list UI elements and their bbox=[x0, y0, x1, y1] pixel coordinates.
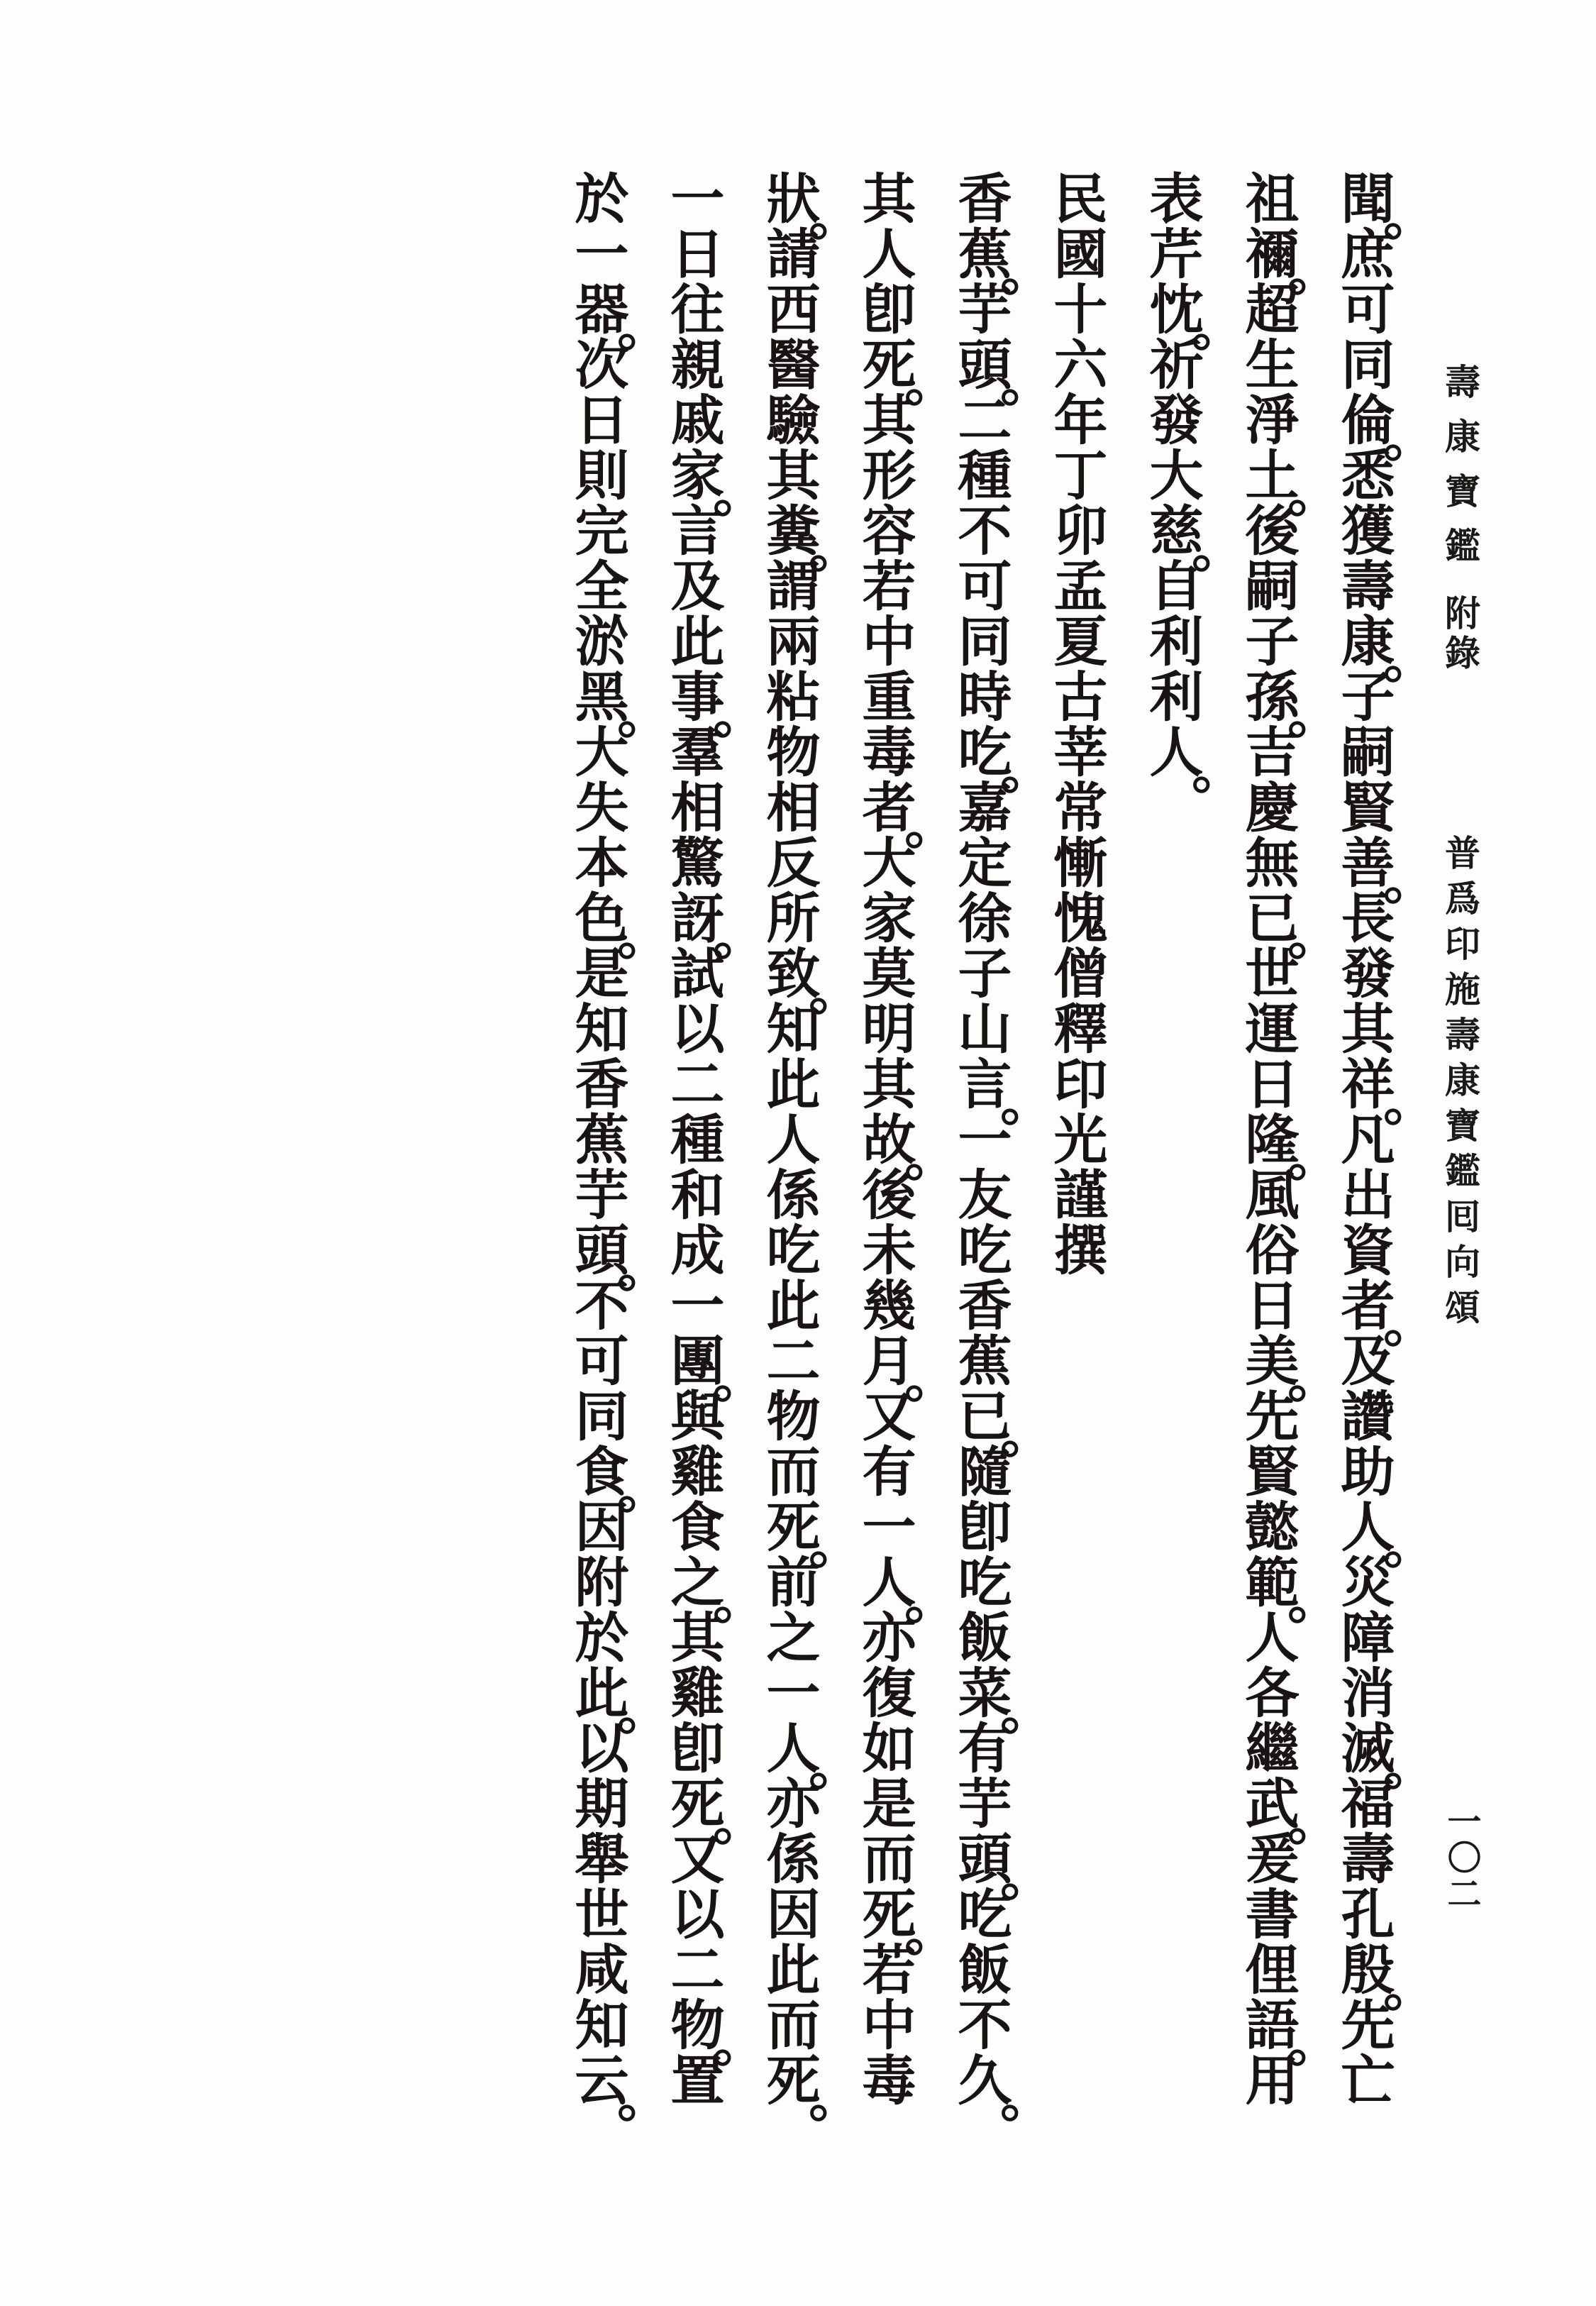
book-title: 壽康寶鑑 bbox=[1439, 363, 1481, 582]
text-column-7: 狀。請西醫驗其糞。謂兩粘物相反所致。知此人係吃此二物而死。前之一人。亦係因此而死… bbox=[741, 170, 837, 2143]
text-column-3: 表芹忱。祈發大慈。自利利人。 bbox=[1124, 170, 1220, 2143]
text-column-9: 於一器。次日則完全淤黑。大失本色。是知香蕉芋頭。不可同食。因附於此。以期舉世咸知… bbox=[550, 170, 645, 2143]
text-column-2: 祖禰。超生淨土。後嗣子孫。吉慶無已。世運日隆。風俗日美。先賢懿範。人各繼武。爰書… bbox=[1220, 170, 1316, 2143]
text-column-4: 民國十六年丁卯孟夏古莘常慚愧僧釋印光謹撰 bbox=[1029, 170, 1124, 2143]
text-column-8: 一日往親戚家。言及此事。羣相驚訝。試以二種和成一團。與雞食之。其雞卽死。又以二物… bbox=[645, 170, 741, 2143]
chapter-title: 普爲印施壽康寶鑑囘向頌 bbox=[1439, 834, 1481, 1334]
text-column-6: 其人卽死。其形容若中重毒者。大家莫明其故。後未幾月。又有一人。亦復如是而死。若中… bbox=[837, 170, 933, 2143]
page-number: 一〇二 bbox=[1440, 1804, 1483, 1912]
text-column-5: 香蕉。芋頭。二種不可同時吃。嘉定徐子山言。一友吃香蕉已。隨卽吃飯菜。有芋頭。吃飯… bbox=[933, 170, 1029, 2143]
section-title: 附錄 bbox=[1439, 595, 1481, 674]
main-text-block: 聞。庶可同倫。悉獲壽康。子嗣賢善。長發其祥。凡出資者。及讚助人。災障消滅。福壽孔… bbox=[550, 170, 1412, 2143]
running-head: 壽康寶鑑附錄普爲印施壽康寶鑑囘向頌 bbox=[1437, 363, 1483, 1334]
scanned-book-page: 壽康寶鑑附錄普爲印施壽康寶鑑囘向頌 一〇二 聞。庶可同倫。悉獲壽康。子嗣賢善。長… bbox=[0, 0, 1596, 2306]
text-column-1: 聞。庶可同倫。悉獲壽康。子嗣賢善。長發其祥。凡出資者。及讚助人。災障消滅。福壽孔… bbox=[1316, 170, 1412, 2143]
